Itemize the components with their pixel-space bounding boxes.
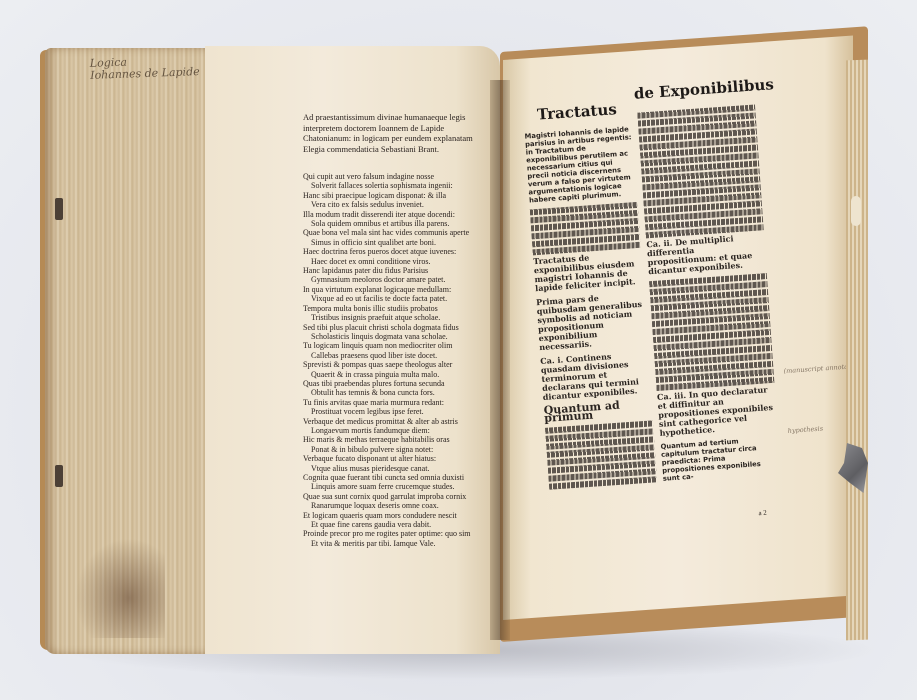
poem-line: Simus in officio sint qualibet arte boni… xyxy=(303,238,493,247)
poem-line: Sed tibi plus placuit christi schola dog… xyxy=(303,323,493,332)
section-heading: Tractatus de exponibilibus eiusdem magis… xyxy=(533,250,643,293)
poem-line: Sprevisti & pompas quas saepe theologus … xyxy=(303,360,493,369)
clasp-pin-icon xyxy=(55,465,63,487)
poem-line: Linquis amore suam ferre crucemque stude… xyxy=(303,482,493,491)
section-heading: Prima pars de quibusdam generalibus symb… xyxy=(536,291,648,352)
signature-mark: a 2 xyxy=(758,509,767,518)
poem-line: Quaerit & in crassa pinguia multa malo. xyxy=(303,370,493,379)
elegy-poem: Qui cupit aut vero falsum indagine nosse… xyxy=(303,172,493,548)
water-stain xyxy=(75,538,165,638)
poem-line: Quae bona vel mala sint hac vides commun… xyxy=(303,228,493,237)
running-title-right: de Exponibilibus xyxy=(633,75,774,103)
left-page: Ad praestantissimum divinae humanaeque l… xyxy=(205,46,500,654)
text-column-left: Magistri Iohannis de lapide parisius in … xyxy=(524,125,657,492)
poem-line: Et vita & meritis par tibi. Iamque Vale. xyxy=(303,539,493,548)
page-tab xyxy=(851,196,861,226)
marginal-note: hypothesis xyxy=(788,425,824,435)
poem-line: Verbaque det medicus promittat & alter a… xyxy=(303,417,493,426)
poem-line: Illa modum tradit disserendi iter atque … xyxy=(303,210,493,219)
poem-line: Obtulit has temnis & bona cuncta fors. xyxy=(303,388,493,397)
poem-line: Et logicam quaeris quam mors condudere n… xyxy=(303,511,493,520)
poem-line: Vixque ad eo ut facilis te docte facta p… xyxy=(303,294,493,303)
poem-line: Prostituat vocem legibus ipse feret. xyxy=(303,407,493,416)
intro-paragraph: Magistri Iohannis de lapide parisius in … xyxy=(524,125,637,204)
poem-line: Longaevum mortis fandumque diem: xyxy=(303,426,493,435)
chapter-heading: Ca. ii. De multiplici differentia propos… xyxy=(646,232,766,276)
poem-line: Tristibus insignis praefuit atque schola… xyxy=(303,313,493,322)
poem-line: Haec docet ex omni conditione viros. xyxy=(303,257,493,266)
poem-line: Hanc sibi praecipue logicam disponat: & … xyxy=(303,191,493,200)
right-page-content: Tractatus de Exponibilibus Magistri Ioha… xyxy=(513,63,868,604)
poem-line: Ranarumque loquax deseris omne coax. xyxy=(303,501,493,510)
last-line: Quantum ad tertium capitulum tractatur c… xyxy=(660,435,781,483)
poem-line: Callebas praesens quod liber iste docet. xyxy=(303,351,493,360)
fore-edge: Logica Iohannes de Lapide xyxy=(45,48,210,654)
poem-line: Qui cupit aut vero falsum indagine nosse xyxy=(303,172,493,181)
poem-line: Vera cito ex falsis sedulus inveniet. xyxy=(303,200,493,209)
poem-line: Hic maris & methas terraeque habitabilis… xyxy=(303,435,493,444)
poem-line: Tempora multa bonis illic studiis probat… xyxy=(303,304,493,313)
poem-line: Solverit fallaces solertia sophismata in… xyxy=(303,181,493,190)
poem-line: Hanc lapidanus pater diu fidus Parisius xyxy=(303,266,493,275)
poem-line: Gymnasium meoloros doctor amare patet. xyxy=(303,275,493,284)
initial-line: Quantum ad primum xyxy=(544,399,653,422)
poem-line: Quae sua sunt cornix quod garrulat impro… xyxy=(303,492,493,501)
clasp-pin-icon xyxy=(55,198,63,220)
chapter-heading: Ca. iii. In quo declaratur et diffinitur… xyxy=(657,385,778,438)
running-title-left: Tractatus xyxy=(536,100,617,124)
poem-line: Verbaque fucato disponant ut alter hiatu… xyxy=(303,454,493,463)
right-fore-edge xyxy=(846,60,868,641)
inscription-line: Iohannes de Lapide xyxy=(90,66,200,82)
poem-line: Tu finis arvitas quae maria murmura reda… xyxy=(303,398,493,407)
poem-line: Proinde precor pro me rogites pater opti… xyxy=(303,529,493,538)
book-gutter xyxy=(490,80,510,640)
poem-line: Haec doctrina feros pueros docet atque i… xyxy=(303,247,493,256)
fore-edge-inscription: Logica Iohannes de Lapide xyxy=(90,54,200,82)
text-column-right: Ca. ii. De multiplici differentia propos… xyxy=(637,102,781,487)
poem-line: Quas tibi praebendas plures fortuna secu… xyxy=(303,379,493,388)
dedication-header: Ad praestantissimum divinae humanaeque l… xyxy=(303,112,493,154)
poem-line: Ponat & in bibulo pulvere signa notet: xyxy=(303,445,493,454)
poem-line: In qua virtutum explanat logicaque medul… xyxy=(303,285,493,294)
poem-line: Sola quidem omnibus et artibus illa pare… xyxy=(303,219,493,228)
poem-line: Cognita quae fuerant tibi cuncta sed omn… xyxy=(303,473,493,482)
poem-line: Tu logicam linquis quam non mediocriter … xyxy=(303,341,493,350)
right-page: Tractatus de Exponibilibus Magistri Ioha… xyxy=(503,36,853,620)
poem-line: Scholasticis linquis dogmata vana schola… xyxy=(303,332,493,341)
poem-line: Vtque alius musas pieridesque canat. xyxy=(303,464,493,473)
poem-line: Et quae fine carens gaudia vera dabit. xyxy=(303,520,493,529)
chapter-heading: Ca. i. Continens quasdam divisiones term… xyxy=(540,350,651,402)
